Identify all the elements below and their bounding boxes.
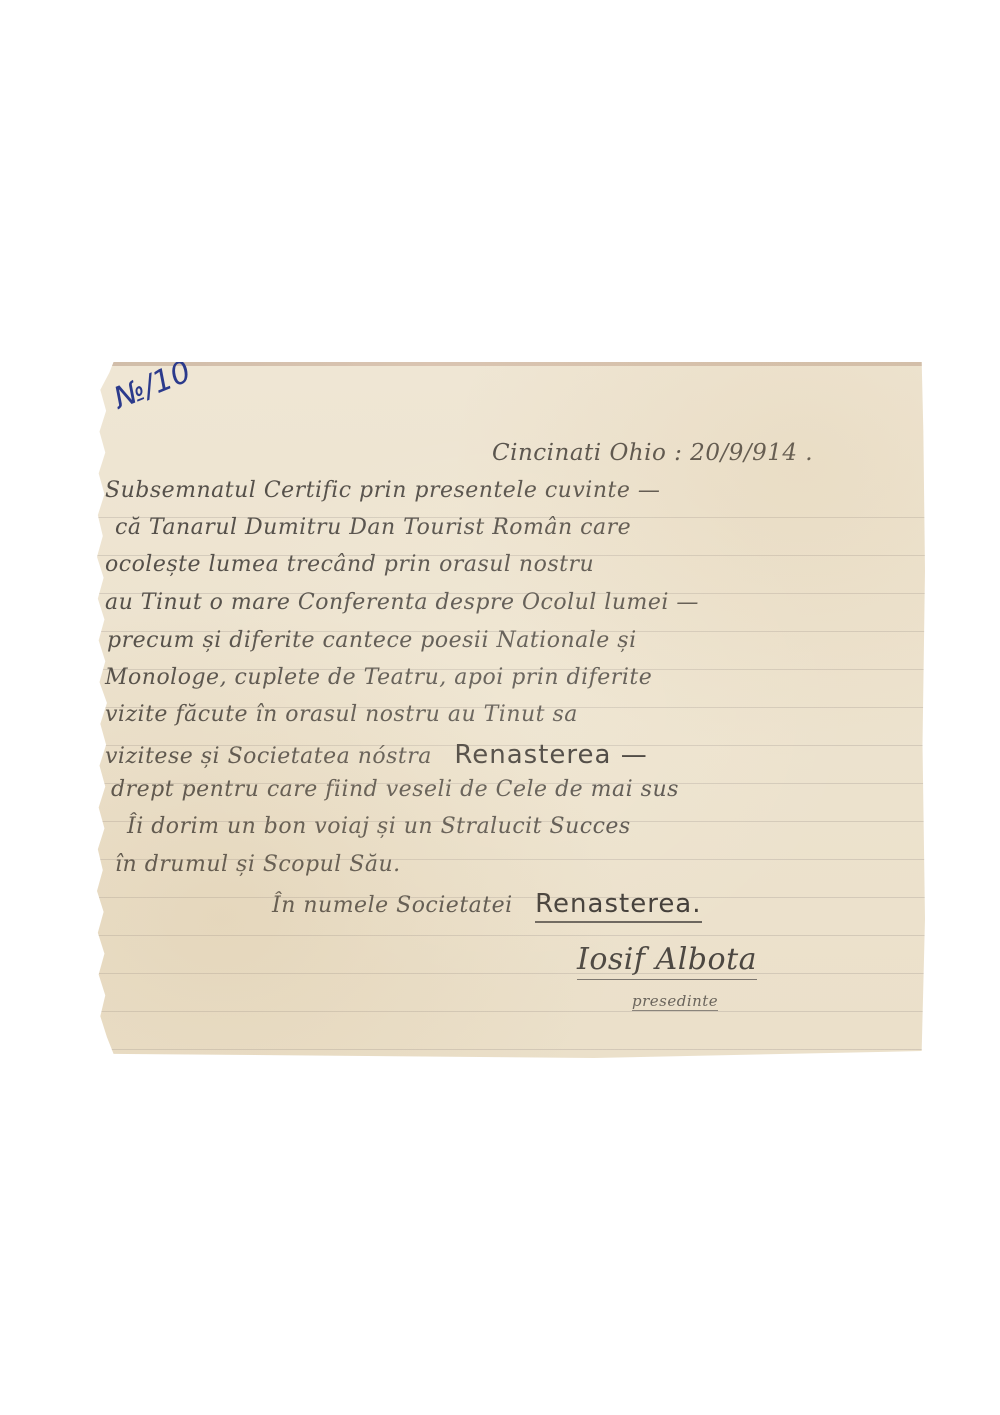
body-line-3: ocolește lumea trecând prin orasul nostr…: [105, 552, 594, 577]
body-line-2: că Tanarul Dumitru Dan Tourist Român car…: [115, 515, 631, 540]
body-line-10: Îi dorim un bon voiaj și un Stralucit Su…: [127, 814, 631, 839]
body-line-8-text: vizitese și Societatea nóstra: [105, 744, 432, 769]
society-name-closing: Renasterea.: [535, 889, 701, 923]
body-line-9: drept pentru care fiind veseli de Cele d…: [111, 777, 679, 802]
body-line-8: vizitese și Societatea nóstra Renasterea…: [105, 740, 648, 770]
body-line-6: Monologe, cuplete de Teatru, apoi prin d…: [105, 665, 652, 690]
signature: Iosif Albota: [577, 942, 757, 980]
body-line-4: au Tinut o mare Conferenta despre Ocolul…: [105, 590, 699, 615]
signature-role: presedinte: [632, 992, 718, 1011]
document-paper: №/10 Cincinati Ohio : 20/9/914 . Subsemn…: [97, 362, 925, 1058]
body-line-11: în drumul și Scopul Său.: [115, 852, 401, 877]
place-and-date: Cincinati Ohio : 20/9/914 .: [492, 440, 813, 466]
body-line-7: vizite făcute în orasul nostru au Tinut …: [105, 702, 578, 727]
closing-line: În numele Societatei Renasterea.: [272, 889, 702, 919]
closing-text: În numele Societatei: [272, 893, 513, 918]
body-line-5: precum și diferite cantece poesii Nation…: [107, 628, 637, 653]
folio-number-mark: №/10: [109, 354, 196, 416]
body-line-1: Subsemnatul Certific prin presentele cuv…: [105, 478, 660, 503]
society-name-inline: Renasterea —: [454, 740, 647, 770]
